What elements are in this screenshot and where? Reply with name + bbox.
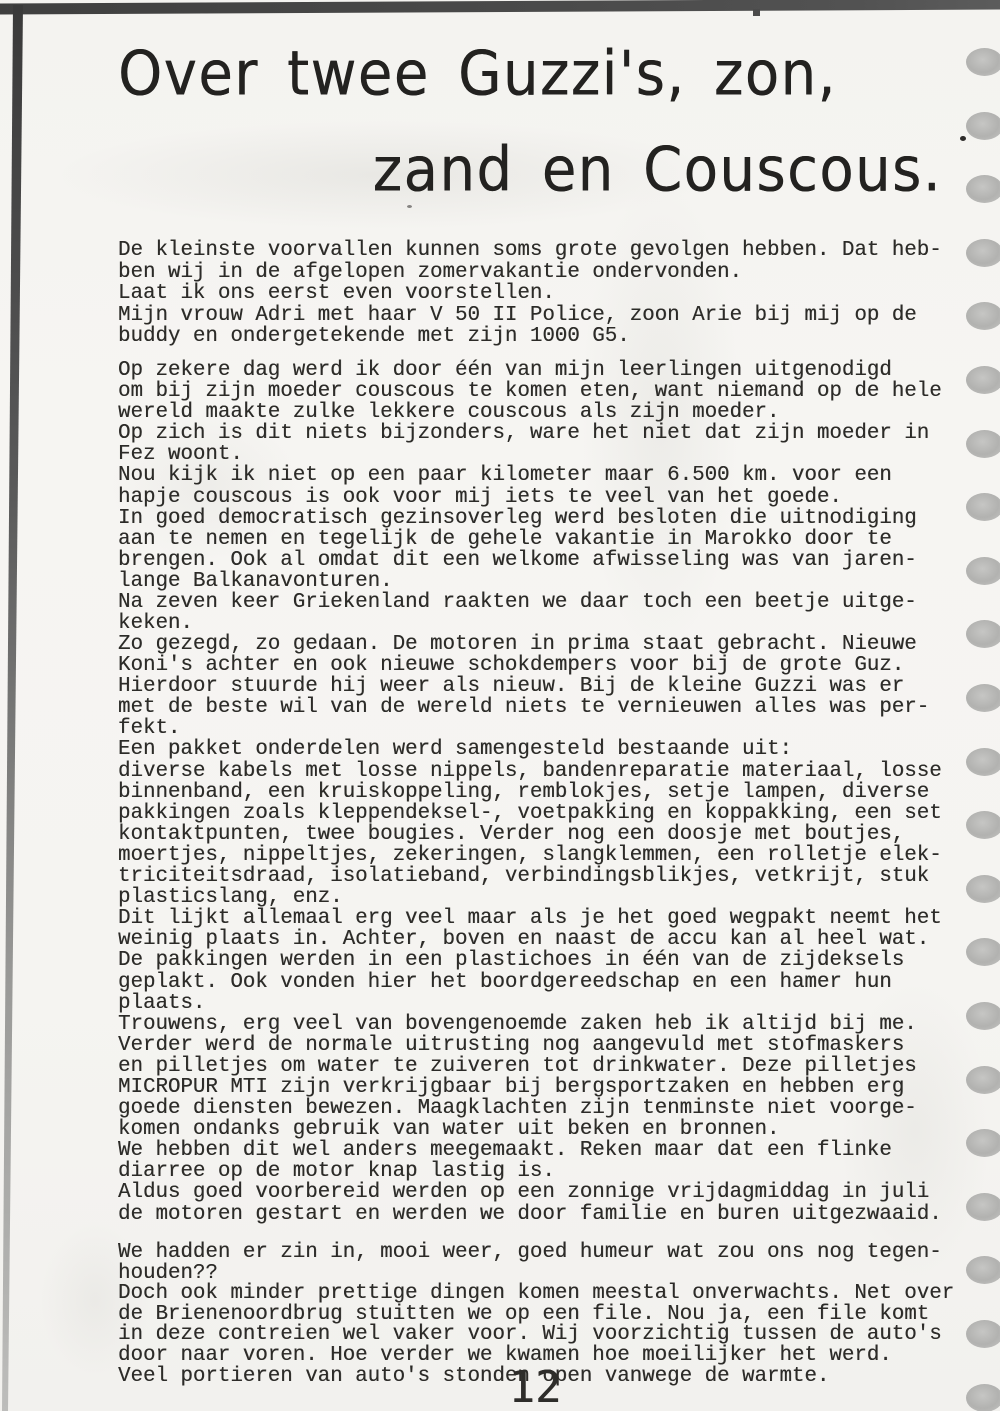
text-line: Mijn vrouw Adri met haar V 50 II Police,… <box>118 305 942 327</box>
binding-hole <box>966 430 1000 458</box>
text-line: weinig plaats in. Achter, boven en naast… <box>118 929 942 950</box>
text-line: ben wij in de afgelopen zomervakantie on… <box>118 262 942 284</box>
text-line: Op zich is dit niets bijzonders, ware he… <box>118 423 942 444</box>
binding-hole <box>966 1066 1000 1094</box>
text-line: binnenband, een kruiskoppeling, remblokj… <box>118 782 942 803</box>
text-line: triciteitsdraad, isolatieband, verbindin… <box>118 866 942 887</box>
binding-hole <box>966 1256 1000 1284</box>
binding-hole <box>966 1193 1000 1221</box>
text-line: de motoren gestart en werden we door fam… <box>118 1204 942 1225</box>
article-title-line1: Over twee Guzzi's, zon, <box>118 44 837 106</box>
text-line: in deze contreien wel vaker voor. Wij vo… <box>118 1325 954 1346</box>
page-number: 12 <box>495 1362 575 1411</box>
binding-hole <box>966 239 1000 267</box>
text-line: pakkingen zoals kleppendeksel-, voetpakk… <box>118 803 942 824</box>
scanned-magazine-page: { "article": { "title": { "line1": "Over… <box>0 0 1000 1411</box>
text-line: Fez woont. <box>118 444 942 465</box>
text-line: We hadden er zin in, mooi weer, goed hum… <box>118 1243 954 1264</box>
text-line: houden?? <box>118 1264 954 1285</box>
binding-hole <box>966 684 1000 712</box>
text-line: wereld maakte zulke lekkere couscous als… <box>118 402 942 423</box>
text-line: Dit lijkt allemaal erg veel maar als je … <box>118 908 942 929</box>
binding-hole <box>966 1320 1000 1348</box>
text-line: geplakt. Ook vonden hier het boordgereed… <box>118 972 942 993</box>
text-line: Een pakket onderdelen werd samengesteld … <box>118 739 942 760</box>
binding-hole <box>966 938 1000 966</box>
text-line: kontaktpunten, twee bougies. Verder nog … <box>118 824 942 845</box>
binding-hole <box>966 493 1000 521</box>
text-line: buddy en ondergetekende met zijn 1000 G5… <box>118 326 942 348</box>
text-line: Koni's achter en ook nieuwe schokdempers… <box>118 655 942 676</box>
paragraph-invitation: Op zekere dag werd ik door één van mijn … <box>118 360 942 634</box>
text-line: met de beste wil van de wereld niets te … <box>118 697 942 718</box>
text-line: diverse kabels met losse nippels, banden… <box>118 761 942 782</box>
text-line: In goed democratisch gezinsoverleg werd … <box>118 508 942 529</box>
binding-hole <box>966 875 1000 903</box>
text-line: diarree op de motor knap lastig is. <box>118 1161 942 1182</box>
text-line: plasticslang, enz. <box>118 887 942 908</box>
text-line: Aldus goed voorbereid werden op een zonn… <box>118 1182 942 1203</box>
binding-hole <box>966 620 1000 648</box>
text-line: fekt. <box>118 718 942 739</box>
text-line: We hebben dit wel anders meegemaakt. Rek… <box>118 1140 942 1161</box>
text-line: hapje couscous is ook voor mij iets te v… <box>118 487 942 508</box>
text-line: lange Balkanavonturen. <box>118 571 942 592</box>
text-line: Na zeven keer Griekenland raakten we daa… <box>118 592 942 613</box>
text-line: Verder werd de normale uitrusting nog aa… <box>118 1035 942 1056</box>
article-title-line2: zand en Couscous. <box>118 140 942 202</box>
text-line: MICROPUR MTI zijn verkrijgbaar bij bergs… <box>118 1077 942 1098</box>
binding-hole <box>966 175 1000 203</box>
text-line: de Brienenoordbrug stuitten we op een fi… <box>118 1305 954 1326</box>
text-line: De pakkingen werden in een plastichoes i… <box>118 950 942 971</box>
page-edge-left <box>0 0 30 1411</box>
page-edge-notch <box>753 9 760 16</box>
text-line: goede diensten bewezen. Maagklachten zij… <box>118 1098 942 1119</box>
text-line: plaats. <box>118 993 942 1014</box>
text-line: Hierdoor stuurde hij weer als nieuw. Bij… <box>118 676 942 697</box>
text-line: De kleinste voorvallen kunnen soms grote… <box>118 240 942 262</box>
paragraph-preparation: Zo gezegd, zo gedaan. De motoren in prim… <box>118 634 942 1225</box>
binding-hole <box>966 1002 1000 1030</box>
text-line: om bij zijn moeder couscous te komen ete… <box>118 381 942 402</box>
page-edge-top <box>0 0 1000 14</box>
binding-hole <box>966 557 1000 585</box>
text-line: en pilletjes om water te zuiveren tot dr… <box>118 1056 942 1077</box>
binding-hole <box>966 811 1000 839</box>
binding-hole <box>966 302 1000 330</box>
text-line: Doch ook minder prettige dingen komen me… <box>118 1284 954 1305</box>
text-line: Zo gezegd, zo gedaan. De motoren in prim… <box>118 634 942 655</box>
text-line: keken. <box>118 613 942 634</box>
text-line: Nou kijk ik niet op een paar kilometer m… <box>118 465 942 486</box>
text-line: Trouwens, erg veel van bovengenoemde zak… <box>118 1014 942 1035</box>
paragraph-intro: De kleinste voorvallen kunnen soms grote… <box>118 240 942 348</box>
binding-hole <box>966 112 1000 140</box>
text-line: moertjes, nippeltjes, zekeringen, slangk… <box>118 845 942 866</box>
binding-hole <box>966 366 1000 394</box>
binding-hole <box>966 1384 1000 1411</box>
text-line: aan te nemen en tegelijk de gehele vakan… <box>118 529 942 550</box>
text-line: Op zekere dag werd ik door één van mijn … <box>118 360 942 381</box>
text-line: brengen. Ook al omdat dit een welkome af… <box>118 550 942 571</box>
scan-speck <box>960 136 966 141</box>
binding-hole <box>966 48 1000 76</box>
text-line: Laat ik ons eerst even voorstellen. <box>118 283 942 305</box>
binding-hole <box>966 1129 1000 1157</box>
text-line: komen ondanks gebruik van water uit beke… <box>118 1119 942 1140</box>
binding-hole <box>966 748 1000 776</box>
